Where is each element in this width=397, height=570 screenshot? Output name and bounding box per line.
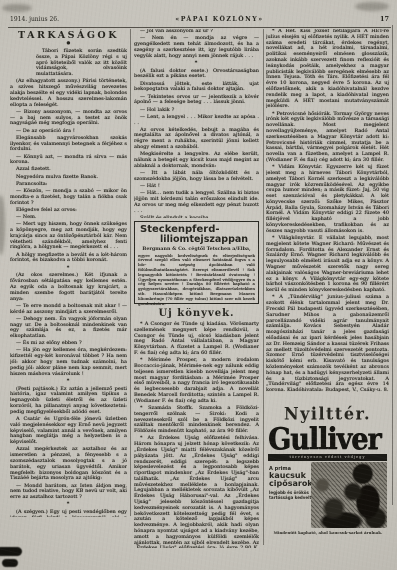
section-separator: *	[134, 61, 259, 67]
paragraph: (Az elhagyatott asszony.) Párisi történe…	[10, 79, 127, 108]
paragraph: — Lent, a lengyel . . . Mikor kezdte az …	[134, 115, 259, 127]
scan-smudge-left-edge	[0, 195, 5, 255]
gulliver-brand-logotype: Gulliver	[268, 424, 389, 454]
paragraph: Elegánsabb nagyvárosokban szokás ilyenko…	[10, 136, 127, 153]
gulliver-word-4: legjobb és örökös tartóssága kedvelt	[269, 490, 313, 500]
column-1-text: Tábori füzetek során szedtük össze, a Pá…	[10, 49, 127, 517]
section-separator: *	[10, 379, 127, 385]
section-separator: *	[10, 266, 127, 272]
section-title-tarkasagok: TARKASÁGOK	[10, 30, 127, 41]
gulliver-ad: Gulliver törvényesen védett védjegy A pr…	[266, 426, 389, 538]
paragraph: Azzal fizetett.	[10, 167, 127, 173]
column-2-books-text: * A Csongor és Tünde uj kiadása. Vörösma…	[134, 322, 259, 548]
paragraph: — Mert ugy hiszem, hogy önnek szükséges …	[10, 222, 127, 251]
paragraph: Az orvos kételkedés, bebujt a magába és …	[134, 128, 259, 151]
issue-date: 1914. junius 26.	[10, 16, 59, 23]
scan-smudge-top-right	[355, 2, 389, 11]
paragraph: — Jól van asszonyom az ur ?	[134, 29, 259, 35]
paragraph: Parancsolta:	[10, 182, 127, 188]
column-2-top-text: — Jól van asszonyom az ur ?— Nem én — mo…	[134, 29, 259, 218]
paragraph: — Hát… nem tudik a lengyel. Szállna ki b…	[134, 191, 259, 214]
paragraph: Elégedve felel az orvos:	[10, 208, 127, 214]
paragraph: — Nem én — mondja az végre — gyengélkede…	[134, 36, 259, 59]
paragraph: * Az Érdekes Ujság előfizetési felhivása…	[134, 436, 259, 548]
paragraph: A Csatár és Ugrón-féle jónevü üzletben v…	[10, 417, 127, 446]
paragraph: Negyedóra mulva fizette Banok.	[10, 175, 127, 181]
soap-ad-body: egyre nagyobb kedveltségnek és elterjedt…	[138, 254, 255, 307]
paragraph: * Petrovicsné hősiórák. Tormay György ne…	[266, 112, 389, 164]
paragraph: Megkisérelte a lengyelre. Az elébe kerül…	[134, 152, 259, 169]
soap-ad-box: Steckenpferd- liliomtejszappan Bergmann …	[134, 221, 259, 304]
paragraph: * A „Tündérvilág" junius–juliusi száma a…	[266, 295, 389, 394]
paragraph: * Mérimée Prosper, a modern irodalom Boc…	[134, 358, 259, 404]
paragraph: A hölgy megfizette a bevált és a két-hár…	[10, 253, 127, 265]
paragraph: (Az okos szerelmes.) Két ifjunak a fővár…	[10, 273, 127, 302]
gulliver-word-3: cipősarok	[269, 480, 313, 488]
scan-edge-artifact	[392, 25, 393, 505]
section-title-uj-konyvek: Uj könyvek.	[134, 308, 259, 319]
column-1: TARKASÁGOK ● Tábori füzetek során szedtü…	[10, 29, 127, 517]
paragraph: — Hol lakik ?	[134, 108, 259, 114]
column-rule-right	[263, 29, 264, 545]
paragraph: — Ha jön egy kellemes óra, megkérdezem: …	[10, 348, 127, 377]
page-header: 1914. junius 26. «PÁPAI KÖZLÖNY» 17	[10, 15, 389, 26]
gulliver-illustration	[311, 462, 387, 528]
newspaper-page: 1914. junius 26. «PÁPAI KÖZLÖNY» 17 TARK…	[0, 0, 397, 570]
masthead-title: «PÁPAI KÖZLÖNY»	[175, 16, 263, 23]
column-3: * A Hét. Kiss József hetilapjára A HÉT-r…	[266, 29, 389, 401]
paragraph: — Te erre mondd a boltosnak mit akar ! —…	[10, 304, 127, 316]
paragraph: Tábori füzetek során szedtük össze, a Pá…	[36, 49, 127, 78]
paragraph: — Hát !	[134, 184, 259, 190]
section-separator: *	[10, 502, 127, 508]
scan-smudge-bottom-left-1	[0, 547, 22, 556]
soap-ad-title-line2: liliomtejszappan	[160, 234, 255, 245]
paragraph: — Könnyü azt, — mondta rá sírva — más ko…	[10, 155, 127, 167]
gulliver-ad-copy: A prima kaucsuk cipősarok legjobb és örö…	[269, 466, 313, 500]
column-3-text: * A Hét. Kiss József hetilapjára A HÉT-r…	[266, 29, 389, 394]
paragraph: (A falusi doktor esete.) Orvostársaságba…	[134, 69, 259, 81]
scan-smudge-top-left	[2, 4, 32, 12]
paragraph: * Szamáda Stoffk. Szamoka a Földközi-ten…	[134, 406, 259, 435]
column-2-books: Uj könyvek. * A Csongor és Tünde uj kiad…	[134, 306, 259, 548]
paragraph: * Világkönyvtár. E vállalat legujabb, mo…	[266, 236, 389, 294]
section-title-nyiltter: Nyilttér.	[266, 404, 389, 423]
column-2-top: — Jól van asszonyom az ur ?— Nem én — mo…	[134, 29, 259, 218]
paragraph: — Dehogy nem. Én vagyok jóformán olyan n…	[10, 317, 127, 340]
page-number: 17	[380, 15, 389, 23]
paragraph: * A Hét. Kiss József hetilapjára A HÉT-r…	[266, 29, 389, 110]
paragraph: (Pesti pajtások.) Ez aztán a jellemző pe…	[10, 387, 127, 416]
header-rule	[8, 27, 391, 28]
paragraph: — De az operáció ára !	[10, 129, 127, 135]
paragraph: — Itt a lábát nála öltözködött és a szom…	[134, 171, 259, 183]
column-rule-left	[130, 29, 131, 516]
soap-ad-subtitle: Bergmann & Co. cégtől Tetschen a/Elba,	[138, 246, 255, 252]
nyiltter-section: Nyilttér. Gulliver törvényesen védett vé…	[266, 404, 389, 544]
paragraph: Divatossá jöttek, este látták, ujat beko…	[134, 82, 259, 94]
paragraph: — Bizony asszonyom, — mondta az orvos — …	[10, 110, 127, 127]
paragraph: Azzal megérkeztek az asztalhoz és az ism…	[10, 447, 127, 482]
paragraph: — Köszön, — mondja a szabó — mikor ön mo…	[10, 189, 127, 206]
paragraph: Szállt és elindult a kocsiba.	[134, 216, 259, 218]
paragraph: — Nem.	[10, 215, 127, 221]
gulliver-caption: Mindenütt kapható, ahol kaucsuk-sarkot á…	[268, 530, 388, 535]
scan-smudge-bottom-left-2	[2, 559, 18, 567]
paragraph: (A szégyen.) Egy uj pesti vendéglőben eg…	[10, 510, 127, 517]
bullet-ornament: ●	[10, 41, 127, 46]
paragraph: * Vidám Könyvtár. Egyszerre két uj füzet…	[266, 165, 389, 235]
paragraph: — Tekintetes orvos ur — jelentkezik a kö…	[134, 95, 259, 107]
paragraph: * A Csongor és Tünde uj kiadása. Vörösma…	[134, 322, 259, 357]
paragraph: — Mondd barátom, az Isten áldjon meg, ne…	[10, 484, 127, 501]
